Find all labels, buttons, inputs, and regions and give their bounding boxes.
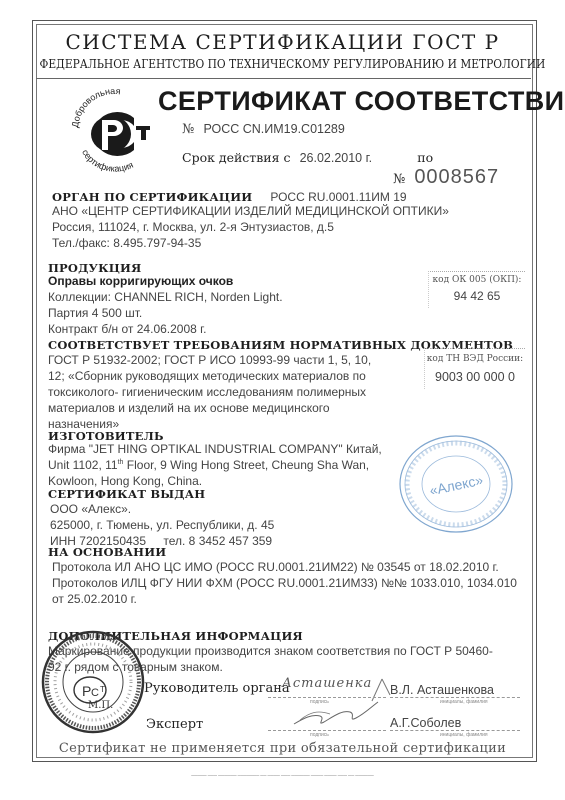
name-caption: инициалы, фамилия bbox=[440, 699, 488, 705]
tnved-code-box: код ТН ВЭД России: 9003 00 000 0 bbox=[424, 348, 525, 389]
product-name: Оправы корригирующих очков bbox=[48, 274, 233, 288]
certification-body-phone: Тел./факс: 8.495.797-94-35 bbox=[52, 235, 201, 251]
issued-to-name: ООО «Алекс». bbox=[50, 501, 131, 517]
issued-to-heading: СЕРТИФИКАТ ВЫДАН bbox=[48, 487, 205, 501]
validity-row: Срок действия с 26.02.2010 г. по bbox=[182, 150, 439, 166]
form-serial-number: №0008567 bbox=[393, 166, 499, 189]
svg-text:P: P bbox=[82, 683, 91, 699]
certificate-number-row: № РОСС CN.ИМ19.С01289 bbox=[182, 122, 345, 137]
product-batch: Партия 4 500 шт. bbox=[48, 305, 142, 321]
validity-label: Срок действия с bbox=[182, 150, 290, 165]
manufacturer-address-part: Floor, 9 Wing Hong Street, Cheung Sha Wa… bbox=[123, 458, 369, 472]
tnved-code: 9003 00 000 0 bbox=[425, 370, 525, 384]
certificate-title: СЕРТИФИКАТ СООТВЕТСТВИЯ bbox=[158, 86, 565, 117]
svg-text:«Алекс»: «Алекс» bbox=[428, 471, 484, 498]
head-signature: Асташенка bbox=[282, 676, 372, 691]
basis-protocol: от 25.02.2010 г. bbox=[52, 591, 137, 607]
manufacturer-address-1: Unit 1102, 11th Floor, 9 Wing Hong Stree… bbox=[48, 457, 369, 473]
compliance-line: материалов и изделий на их основе медици… bbox=[48, 400, 330, 416]
okp-code-box: код ОК 005 (ОКП): 94 42 65 bbox=[428, 271, 525, 308]
compliance-line: 12; «Сборник руководящих методических ма… bbox=[48, 368, 366, 384]
header-divider bbox=[36, 78, 531, 79]
head-name-line bbox=[390, 697, 520, 698]
basis-protocol: Протокола ИЛ АНО ЦС ИМО (РОСС RU.0001.21… bbox=[52, 559, 499, 575]
number-sign: № bbox=[182, 122, 194, 137]
svg-text:T: T bbox=[100, 685, 105, 694]
valid-to-label: по bbox=[417, 150, 433, 165]
product-contract: Контракт б/н от 24.06.2008 г. bbox=[48, 321, 206, 337]
name-caption: инициалы, фамилия bbox=[440, 732, 488, 738]
issued-to-address: 625000, г. Тюмень, ул. Республики, д. 45 bbox=[50, 517, 274, 533]
expert-name-line bbox=[390, 730, 520, 731]
basis-heading: НА ОСНОВАНИИ bbox=[48, 545, 166, 559]
printer-imprint: ▁▁▁▁▁ ▁▁▁ ▁▁▁▁▁▁ ▁▁▁▁▁▁▁ ▁▁ ▁▁▁▁ ▁▁▁ ▁▁▁… bbox=[0, 771, 565, 776]
manufacturer-name: Фирма "JET HING OPTIKAL INDUSTRIAL COMPA… bbox=[48, 441, 382, 457]
certificate-number: РОСС CN.ИМ19.С01289 bbox=[203, 122, 344, 136]
rst-voluntary-certification-logo-icon: Добровольная сертификация bbox=[64, 88, 164, 178]
head-signature-line bbox=[268, 697, 386, 698]
compliance-line: ГОСТ Р 51932-2002; ГОСТ Р ИСО 10993-99 ч… bbox=[48, 352, 371, 368]
expert-label: Эксперт bbox=[146, 717, 203, 732]
expert-name: А.Г.Соболев bbox=[390, 716, 461, 730]
serial-number-sign: № bbox=[393, 172, 406, 187]
head-name: В.Л. Асташенкова bbox=[390, 683, 494, 697]
valid-from: 26.02.2010 г. bbox=[300, 151, 373, 165]
issued-to-phone: тел. 8 3452 457 359 bbox=[163, 534, 272, 548]
product-collections: Коллекции: CHANNEL RICH, Norden Light. bbox=[48, 289, 283, 305]
voluntary-certification-note: Сертификат не применяется при обязательн… bbox=[0, 741, 565, 756]
okp-code: 94 42 65 bbox=[429, 289, 525, 303]
head-of-body-label: Руководитель органа bbox=[144, 681, 290, 696]
expert-signature-line bbox=[268, 730, 386, 731]
manufacturer-address-part: Unit 1102, 11 bbox=[48, 458, 118, 472]
tnved-code-label: код ТН ВЭД России: bbox=[425, 354, 525, 364]
compliance-line: токсиколого- гигиеническим исследованиям… bbox=[48, 384, 366, 400]
expert-signature-icon bbox=[290, 700, 380, 730]
certification-body-seal-icon: P C T bbox=[40, 628, 146, 736]
certification-body-code: РОСС RU.0001.11ИМ 19 bbox=[270, 190, 406, 204]
system-title: СИСТЕМА СЕРТИФИКАЦИИ ГОСТ Р bbox=[0, 30, 565, 54]
product-heading: ПРОДУКЦИЯ bbox=[48, 261, 141, 275]
certification-body-name: АНО «ЦЕНТР СЕРТИФИКАЦИИ ИЗДЕЛИЙ МЕДИЦИНС… bbox=[52, 203, 449, 219]
agency-title: ФЕДЕРАЛЬНОЕ АГЕНТСТВО ПО ТЕХНИЧЕСКОМУ РЕ… bbox=[40, 56, 526, 71]
company-round-stamp-icon: «Алекс» bbox=[392, 430, 520, 538]
certification-body-heading: ОРГАН ПО СЕРТИФИКАЦИИ bbox=[52, 190, 252, 204]
svg-text:C: C bbox=[91, 687, 99, 699]
basis-protocol: Протоколов ИЛЦ ФГУ НИИ ФХМ (РОСС RU.0001… bbox=[52, 575, 517, 591]
seal-placeholder-label: М.П. bbox=[88, 700, 113, 711]
certification-body-address: Россия, 111024, г. Москва, ул. 2-я Энтуз… bbox=[52, 219, 334, 235]
serial-number: 0008567 bbox=[414, 166, 499, 188]
okp-code-label: код ОК 005 (ОКП): bbox=[429, 275, 525, 285]
signature-caption: подпись bbox=[310, 732, 329, 738]
